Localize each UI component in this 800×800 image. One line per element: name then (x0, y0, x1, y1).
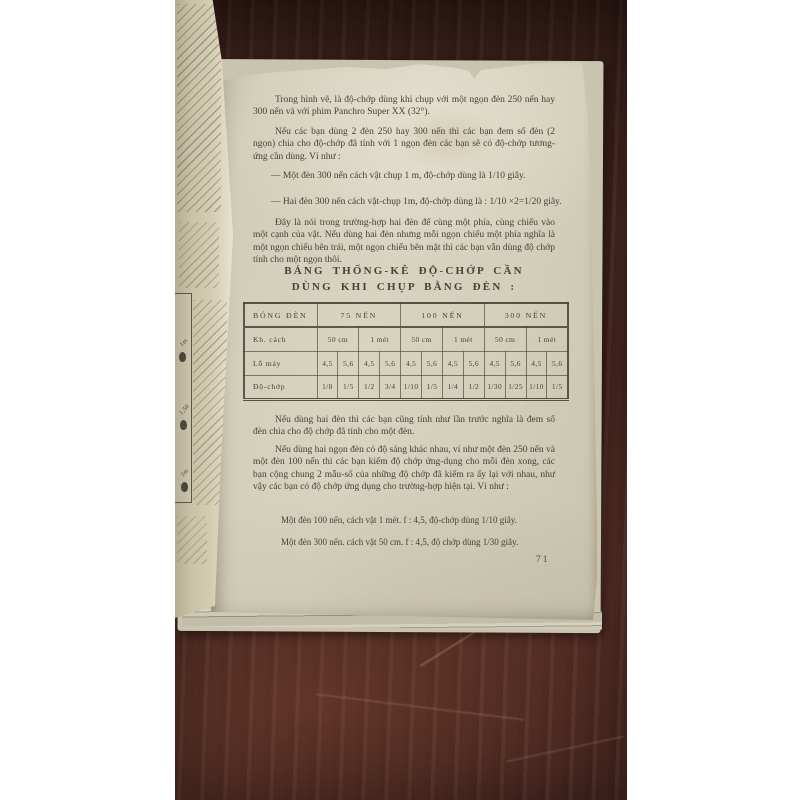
aperture-cell: 5,6 (338, 351, 359, 375)
lamp-icon (181, 482, 188, 492)
tilted-text-lines (177, 4, 221, 212)
figure-distance-label: 1m (179, 338, 189, 348)
page-number: 71 (536, 555, 550, 565)
bulb-header: 75 NẾN (317, 303, 401, 327)
shutter-cell: 1/5 (547, 375, 568, 399)
shutter-row-label: Độ-chớp (244, 375, 317, 399)
figure-box: 1m 1,50 2m (175, 293, 192, 503)
tilted-text-lines (177, 516, 207, 564)
paragraph: Nếu dùng hai đèn thì các bạn cũng tính n… (253, 414, 555, 439)
aperture-cell: 4,5 (401, 351, 422, 375)
aperture-cell: 4,5 (442, 351, 463, 375)
lamp-icon (180, 420, 187, 430)
aperture-cell: 4,5 (526, 351, 547, 375)
exposure-table: BÓNG ĐÈN 75 NẾN 100 NẾN 300 NẾN Kh. cách… (243, 302, 569, 401)
aperture-row-label: Lỗ máy (244, 351, 317, 375)
shutter-cell: 1/25 (505, 375, 526, 399)
table-row-distance: Kh. cách 50 cm 1 mét 50 cm 1 mét 50 cm 1… (244, 327, 568, 351)
paragraph: Trong hình vẽ, là độ-chớp dùng khi chụp … (253, 94, 555, 119)
aperture-cell: 4,5 (359, 351, 380, 375)
aperture-cell: 4,5 (484, 351, 505, 375)
shutter-cell: 1/2 (359, 375, 380, 399)
wood-scratch (506, 736, 624, 763)
distance-cell: 50 cm (401, 327, 443, 351)
list-item: — Hai đèn 300 nến cách vật-chụp 1m, độ-c… (253, 196, 585, 208)
aperture-cell: 5,6 (505, 351, 526, 375)
book-page: Trong hình vẽ, là độ-chớp dùng khi chụp … (211, 58, 597, 620)
shutter-cell: 1/5 (422, 375, 443, 399)
aperture-cell: 5,6 (380, 351, 401, 375)
table-title-line1: BẢNG THỐNG-KÊ ĐỘ-CHỚP CẦN (253, 265, 555, 277)
bulb-header: 300 NẾN (484, 303, 568, 327)
distance-cell: 50 cm (317, 327, 359, 351)
distance-cell: 1 mét (359, 327, 401, 351)
figure-distance-label: 1,50 (179, 404, 191, 417)
example-line: Một đèn 300 nến. cách vật 50 cm. f : 4,5… (281, 536, 583, 548)
aperture-cell: 5,6 (547, 351, 568, 375)
paragraph: Nếu các bạn dùng 2 đèn 250 hay 300 nến t… (253, 126, 555, 163)
shutter-cell: 1/8 (317, 375, 338, 399)
distance-cell: 50 cm (484, 327, 526, 351)
shutter-cell: 1/10 (401, 375, 422, 399)
shutter-cell: 1/4 (442, 375, 463, 399)
table-title-line2: DÙNG KHI CHỤP BẰNG ĐÈN : (253, 281, 555, 293)
distance-cell: 1 mét (442, 327, 484, 351)
shutter-cell: 1/5 (338, 375, 359, 399)
photo-of-book-page: Trong hình vẽ, là độ-chớp dùng khi chụp … (0, 0, 800, 800)
table-row-shutter: Độ-chớp 1/8 1/5 1/2 3/4 1/10 1/5 1/4 1/2… (244, 375, 568, 399)
shutter-cell: 3/4 (380, 375, 401, 399)
distance-row-label: Kh. cách (244, 327, 317, 351)
shutter-cell: 1/30 (484, 375, 505, 399)
bulb-header: 100 NẾN (401, 303, 485, 327)
aperture-cell: 5,6 (422, 351, 443, 375)
table-corner-label: BÓNG ĐÈN (244, 303, 317, 327)
tilted-text-lines (179, 222, 219, 288)
distance-cell: 1 mét (526, 327, 568, 351)
table-row-aperture: Lỗ máy 4,5 5,6 4,5 5,6 4,5 5,6 4,5 5,6 4… (244, 351, 568, 375)
example-line: Một đèn 100 nến, cách vật 1 mét. f : 4,5… (281, 514, 583, 526)
shutter-cell: 1/10 (526, 375, 547, 399)
paragraph: Nếu dùng hai ngọn đèn có độ sáng khác nh… (253, 444, 555, 494)
aperture-cell: 5,6 (463, 351, 484, 375)
lamp-icon (179, 352, 186, 362)
list-item: — Một đèn 300 nến cách vật chụp 1 m, độ-… (253, 170, 585, 182)
table-row-bulbs: BÓNG ĐÈN 75 NẾN 100 NẾN 300 NẾN (244, 303, 568, 327)
wood-table-background: Trong hình vẽ, là độ-chớp dùng khi chụp … (175, 0, 627, 800)
aperture-cell: 4,5 (317, 351, 338, 375)
shutter-cell: 1/2 (463, 375, 484, 399)
paragraph: Đây là nói trong trường-hợp hai đèn để c… (253, 217, 555, 267)
figure-distance-label: 2m (180, 468, 190, 478)
wood-scratch (316, 693, 525, 721)
